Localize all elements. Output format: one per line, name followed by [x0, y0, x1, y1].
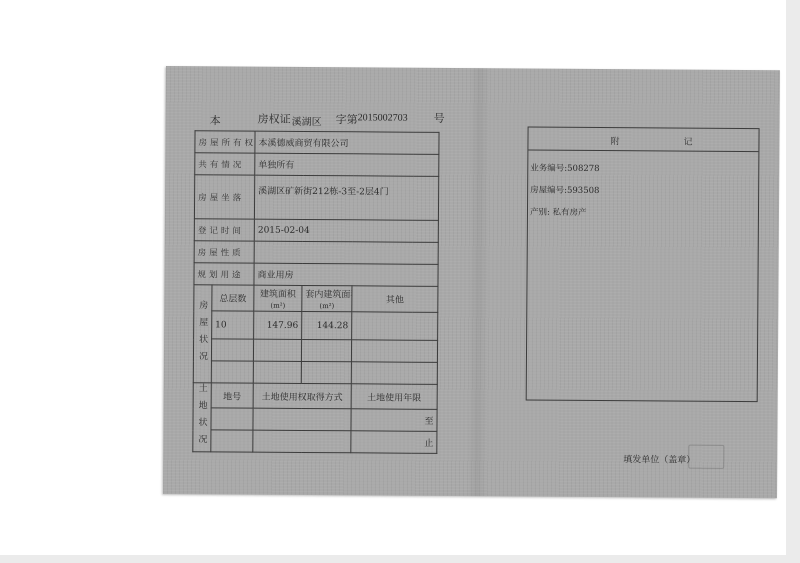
location-value: 溪湖区矿新街212栋-3至-2层4门: [254, 175, 438, 220]
title-suffix: 号: [434, 110, 445, 126]
column-header: 土地使用年限: [351, 384, 437, 410]
building-area: 147.96: [254, 311, 302, 339]
total-floors: 10: [212, 311, 254, 339]
table-row: 房屋性质: [194, 241, 438, 265]
column-header: 总层数: [212, 285, 254, 311]
planned-use-value: 商业用房: [254, 263, 438, 286]
heading-char: 附: [610, 134, 619, 147]
table-row: 登记时间 2015-02-04: [194, 219, 438, 243]
inner-area: 144.28: [302, 311, 352, 339]
row-label: 登记时间: [194, 219, 254, 241]
land-term-mark-end: 止: [351, 431, 437, 454]
owner-value: 本溪德威商贸有限公司: [255, 131, 439, 154]
table-row: 共有情况 单独所有: [195, 153, 439, 177]
row-label: 房屋坐落: [194, 175, 254, 219]
scanned-certificate: 本 房权证 溪湖区 字第 2015002703 号 房屋所有权人 本溪德威商贸有…: [163, 66, 780, 498]
title-zi-di: 字第: [336, 111, 358, 127]
row-label: 规划用途: [194, 263, 254, 285]
certificate-title: 本 房权证 溪湖区 字第 2015002703 号: [210, 110, 450, 128]
table-row: 房屋所有权人 本溪德威商贸有限公司: [195, 131, 439, 155]
registration-table: 房屋所有权人 本溪德威商贸有限公司 共有情况 单独所有 房屋坐落 溪湖区矿新街2…: [192, 130, 439, 454]
table-row: 房屋坐落 溪湖区矿新街212栋-3至-2层4门: [194, 175, 438, 221]
certificate-number: 2015002703: [358, 112, 408, 123]
issuing-unit-label: 填发单位（盖章）: [623, 452, 695, 466]
land-status-side-label: 土地状况: [193, 383, 211, 452]
heading-char: 记: [683, 135, 692, 148]
house-status-data-row: 10 147.96 144.28: [194, 311, 438, 341]
title-district: 溪湖区: [292, 113, 322, 128]
column-header: 套内建筑面积(m²): [302, 285, 352, 311]
table-row: 规划用途 商业用房: [194, 263, 438, 287]
land-status-header-row: 土地状况 地号 土地使用权取得方式 土地使用年限: [193, 383, 437, 410]
property-type: 产别: 私有房产: [530, 206, 587, 218]
house-status-empty-row: [193, 361, 437, 385]
business-number: 业务编号:508278: [530, 162, 599, 174]
registration-date-value: 2015-02-04: [254, 219, 438, 242]
center-fold: [467, 68, 490, 496]
other-value: [352, 312, 438, 341]
row-label: 共有情况: [195, 153, 255, 175]
column-header: 其他: [352, 286, 438, 313]
property-nature-value: [254, 241, 438, 264]
land-status-row: 止: [193, 430, 437, 454]
house-status-empty-row: [193, 339, 437, 363]
annotations-heading: 附 记: [528, 128, 758, 153]
house-number: 房屋编号:593508: [530, 184, 599, 196]
title-cert-label: 房权证: [258, 111, 291, 127]
house-status-side-label: 房屋状况: [193, 285, 212, 383]
row-label: 房屋性质: [194, 241, 254, 263]
land-status-row: 至: [193, 408, 437, 432]
co-ownership-value: 单独所有: [255, 153, 439, 176]
viewer-frame-bottom: [0, 555, 800, 563]
title-prefix: 本: [210, 112, 221, 128]
column-header: 地号: [211, 383, 253, 408]
land-term-mark-start: 至: [351, 409, 437, 432]
column-header: 建筑面积(m²): [254, 285, 302, 311]
house-status-header-row: 房屋状况 总层数 建筑面积(m²) 套内建筑面积(m²) 其他: [194, 285, 438, 313]
row-label: 房屋所有权人: [195, 131, 255, 153]
column-header: 土地使用权取得方式: [253, 383, 351, 409]
viewer-frame-right: [786, 0, 800, 563]
annotations-box: 附 记 业务编号:508278 房屋编号:593508 产别: 私有房产: [526, 127, 760, 403]
